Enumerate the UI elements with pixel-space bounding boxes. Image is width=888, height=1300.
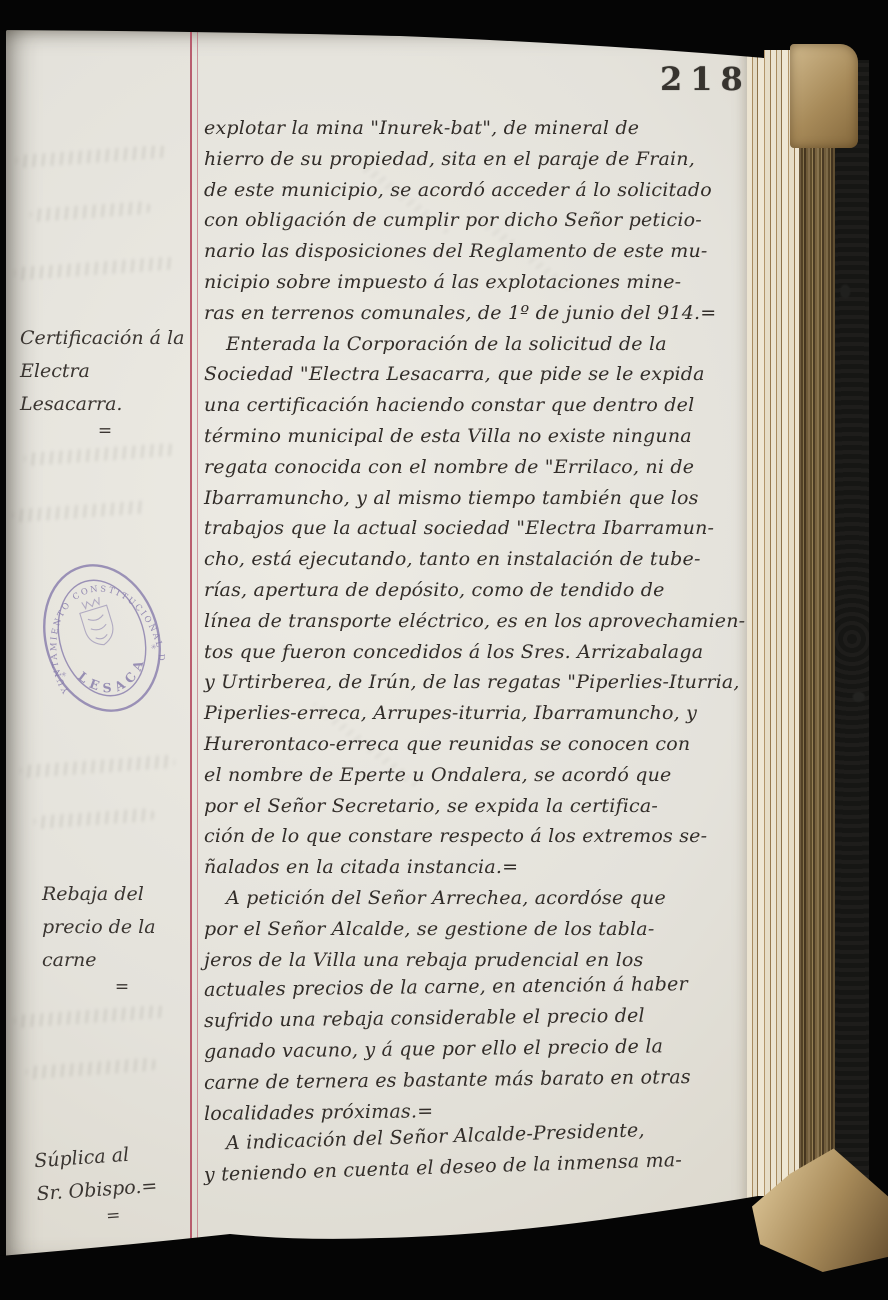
manuscript-line: ñalados en la citada instancia.= bbox=[204, 852, 749, 883]
manuscript-line: término municipal de esta Villa no exist… bbox=[204, 421, 749, 452]
manuscript-body: explotar la mina "Inurek-bat", de minera… bbox=[204, 113, 749, 1191]
book-cover-leather bbox=[835, 60, 869, 1218]
margin-rule-line bbox=[190, 32, 198, 1256]
manuscript-line: por el Señor Secretario, se expida la ce… bbox=[204, 791, 749, 822]
manuscript-line: Sociedad "Electra Lesacarra, que pide se… bbox=[204, 359, 749, 390]
manuscript-line: Enterada la Corporación de la solicitud … bbox=[204, 329, 749, 360]
margin-note-suplica: Súplica al Sr. Obispo.= = bbox=[33, 1135, 189, 1231]
manuscript-line: Ibarramuncho, y al mismo tiempo también … bbox=[204, 483, 749, 514]
manuscript-line: de este municipio, se acordó acceder á l… bbox=[204, 175, 749, 206]
manuscript-line: ción de lo que constare respecto á los e… bbox=[204, 821, 749, 852]
folio-number-stamp: 218 bbox=[660, 60, 751, 98]
margin-note-line: Electra Lesacarra. bbox=[20, 355, 190, 421]
manuscript-line: ras en terrenos comunales, de 1º de juni… bbox=[204, 298, 749, 329]
manuscript-line: tos que fueron concedidos á los Sres. Ar… bbox=[204, 637, 749, 668]
margin-note-line: = bbox=[42, 977, 202, 997]
margin-note-line: precio de la carne bbox=[42, 911, 202, 977]
manuscript-line: por el Señor Alcalde, se gestione de los… bbox=[204, 914, 749, 945]
manuscript-line: cho, está ejecutando, tanto en instalaci… bbox=[204, 544, 749, 575]
svg-text:AYUNTAMIENTO CONSTITUCIONAL DE: AYUNTAMIENTO CONSTITUCIONAL DE bbox=[30, 568, 170, 696]
margin-note-line: = bbox=[20, 421, 190, 441]
manuscript-line: una certificación haciendo constar que d… bbox=[204, 390, 749, 421]
manuscript-line: regata conocida con el nombre de "Errila… bbox=[204, 452, 749, 483]
margin-note-rebaja: Rebaja del precio de la carne = bbox=[42, 878, 202, 997]
manuscript-line: nicipio sobre impuesto á las explotacion… bbox=[204, 267, 749, 298]
margin-note-certificacion: Certificación á la Electra Lesacarra. = bbox=[20, 322, 190, 441]
manuscript-line: A petición del Señor Arrechea, acordóse … bbox=[204, 883, 749, 914]
book-cover-corner bbox=[790, 44, 858, 148]
stamp-star-left: ✳ bbox=[60, 670, 68, 679]
margin-note-line: Certificación á la bbox=[20, 322, 190, 355]
stamp-ring-text: AYUNTAMIENTO CONSTITUCIONAL DE bbox=[30, 568, 170, 696]
manuscript-line: Hurerontaco-erreca que reunidas se conoc… bbox=[204, 729, 749, 760]
manuscript-line: hierro de su propiedad, sita en el paraj… bbox=[204, 144, 749, 175]
manuscript-line: Piperlies-erreca, Arrupes-iturria, Ibarr… bbox=[204, 698, 749, 729]
book-page-edges bbox=[747, 50, 799, 1222]
manuscript-line: explotar la mina "Inurek-bat", de minera… bbox=[204, 113, 749, 144]
stamp-crest bbox=[77, 596, 118, 649]
manuscript-line: rías, apertura de depósito, como de tend… bbox=[204, 575, 749, 606]
photographed-ledger-page: 218 AYUNTAMIENTO CONSTITUCIONAL DE LESAC… bbox=[0, 0, 888, 1300]
book-fore-edge bbox=[799, 56, 835, 1216]
manuscript-line: línea de transporte eléctrico, es en los… bbox=[204, 606, 749, 637]
manuscript-line: trabajos que la actual sociedad "Electra… bbox=[204, 513, 749, 544]
manuscript-line: y Urtirberea, de Irún, de las regatas "P… bbox=[204, 667, 749, 698]
manuscript-line: nario las disposiciones del Reglamento d… bbox=[204, 236, 749, 267]
manuscript-line: con obligación de cumplir por dicho Seño… bbox=[204, 205, 749, 236]
manuscript-line: el nombre de Eperte u Ondalera, se acord… bbox=[204, 760, 749, 791]
margin-note-line: Rebaja del bbox=[42, 878, 202, 911]
